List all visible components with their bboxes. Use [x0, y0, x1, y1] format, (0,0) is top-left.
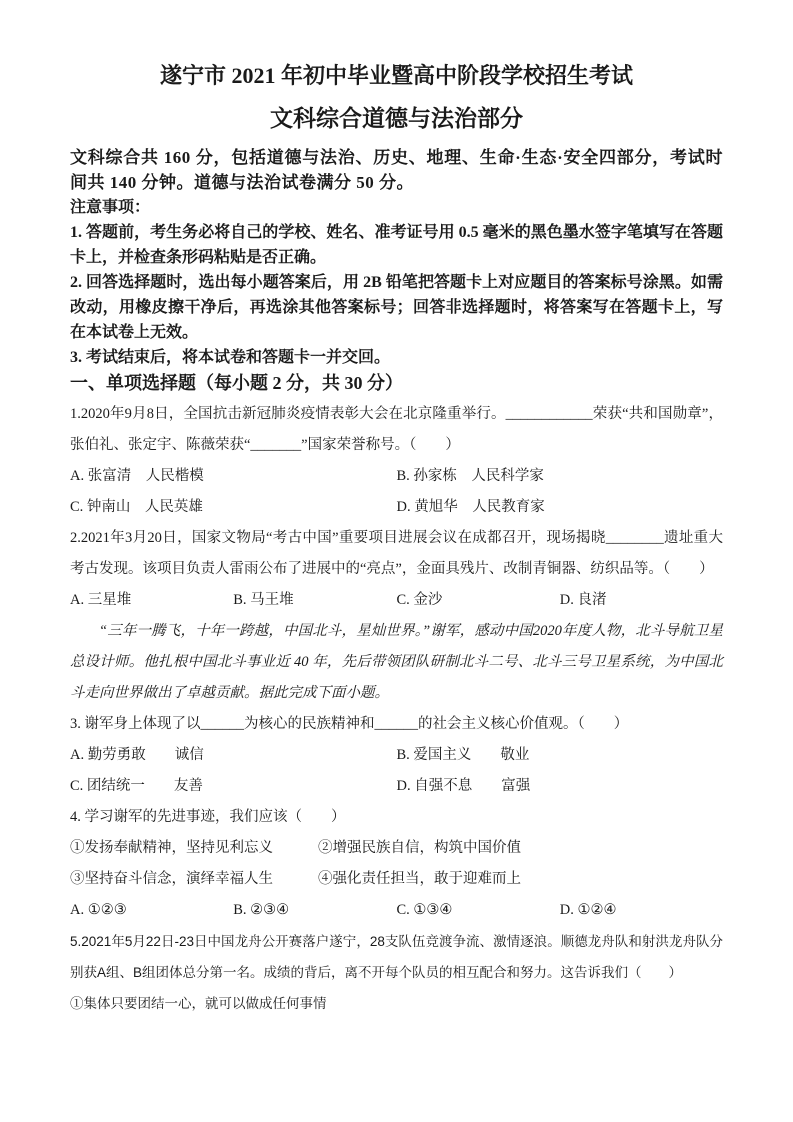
question-4-statement-4: ④强化责任担当，敢于迎难而上	[318, 864, 723, 895]
question-4-statement-2: ②增强民族自信，构筑中国价值	[318, 833, 723, 864]
question-4-option-a: A. ①②③	[70, 895, 233, 926]
question-1-option-d: D. 黄旭华 人民教育家	[397, 492, 724, 523]
question-4-statement-1: ①发扬奉献精神，坚持见利忘义	[70, 833, 318, 864]
question-5: 5.2021年5月22日-23日中国龙舟公开赛落户遂宁，28支队伍竞渡争流、激情…	[70, 926, 723, 1019]
question-3-option-c: C. 团结统一 友善	[70, 771, 397, 802]
question-3: 3. 谢军身上体现了以______为核心的民族精神和______的社会主义核心价…	[70, 709, 723, 802]
question-4-stem: 4. 学习谢军的先进事迹，我们应该（ ）	[70, 802, 723, 833]
question-2-option-d: D. 良渚	[560, 585, 723, 616]
question-4: 4. 学习谢军的先进事迹，我们应该（ ） ①发扬奉献精神，坚持见利忘义 ②增强民…	[70, 802, 723, 926]
question-3-stem: 3. 谢军身上体现了以______为核心的民族精神和______的社会主义核心价…	[70, 709, 723, 740]
question-4-option-c: C. ①③④	[397, 895, 560, 926]
note-1: 1. 答题前，考生务必将自己的学校、姓名、准考证号用 0.5 毫米的黑色墨水签字…	[70, 220, 723, 270]
question-5-stem: 5.2021年5月22日-23日中国龙舟公开赛落户遂宁，28支队伍竞渡争流、激情…	[70, 926, 723, 988]
question-1: 1.2020年9月8日，全国抗击新冠肺炎疫情表彰大会在北京隆重举行。______…	[70, 399, 723, 523]
question-1-stem: 1.2020年9月8日，全国抗击新冠肺炎疫情表彰大会在北京隆重举行。______…	[70, 399, 723, 461]
note-3: 3. 考试结束后，将本试卷和答题卡一并交回。	[70, 345, 723, 370]
question-3-options: A. 勤劳勇敢 诚信 B. 爱国主义 敬业 C. 团结统一 友善 D. 自强不息…	[70, 740, 723, 802]
question-4-option-b: B. ②③④	[233, 895, 396, 926]
question-4-options: A. ①②③ B. ②③④ C. ①③④ D. ①②④	[70, 895, 723, 926]
question-2-options: A. 三星堆 B. 马王堆 C. 金沙 D. 良渚	[70, 585, 723, 616]
question-1-option-a: A. 张富清 人民楷模	[70, 461, 397, 492]
notes-heading: 注意事项：	[70, 195, 723, 220]
question-2-stem: 2.2021年3月20日，国家文物局“考古中国”重要项目进展会议在成都召开，现场…	[70, 523, 723, 585]
section-title-single-choice: 一、单项选择题（每小题 2 分，共 30 分）	[70, 370, 723, 397]
question-1-option-b: B. 孙家栋 人民科学家	[397, 461, 724, 492]
question-3-option-d: D. 自强不息 富强	[397, 771, 724, 802]
question-4-statement-3: ③坚持奋斗信念，演绎幸福人生	[70, 864, 318, 895]
question-1-options: A. 张富清 人民楷模 B. 孙家栋 人民科学家 C. 钟南山 人民英雄 D. …	[70, 461, 723, 523]
exam-intro: 文科综合共 160 分，包括道德与法治、历史、地理、生命·生态·安全四部分，考试…	[70, 145, 723, 195]
note-2: 2. 回答选择题时，选出每小题答案后，用 2B 铅笔把答题卡上对应题目的答案标号…	[70, 270, 723, 345]
question-2-option-c: C. 金沙	[397, 585, 560, 616]
reading-passage-xiejun: “三年一腾飞，十年一跨越，中国北斗，星灿世界。”谢军，感动中国2020年度人物，…	[70, 616, 723, 709]
questions-area: 1.2020年9月8日，全国抗击新冠肺炎疫情表彰大会在北京隆重举行。______…	[70, 399, 723, 1019]
question-2-option-b: B. 马王堆	[233, 585, 396, 616]
question-1-option-c: C. 钟南山 人民英雄	[70, 492, 397, 523]
exam-meta: 文科综合共 160 分，包括道德与法治、历史、地理、生命·生态·安全四部分，考试…	[70, 145, 723, 370]
question-2-option-a: A. 三星堆	[70, 585, 233, 616]
question-5-statement-1: ①集体只要团结一心，就可以做成任何事情	[70, 988, 723, 1019]
exam-title: 遂宁市 2021 年初中毕业暨高中阶段学校招生考试	[70, 62, 723, 90]
question-3-option-b: B. 爱国主义 敬业	[397, 740, 724, 771]
question-2: 2.2021年3月20日，国家文物局“考古中国”重要项目进展会议在成都召开，现场…	[70, 523, 723, 616]
exam-paper-page: 遂宁市 2021 年初中毕业暨高中阶段学校招生考试 文科综合道德与法治部分 文科…	[0, 0, 793, 1122]
question-4-option-d: D. ①②④	[560, 895, 723, 926]
question-3-option-a: A. 勤劳勇敢 诚信	[70, 740, 397, 771]
question-4-statements: ①发扬奉献精神，坚持见利忘义 ②增强民族自信，构筑中国价值 ③坚持奋斗信念，演绎…	[70, 833, 723, 895]
exam-subtitle: 文科综合道德与法治部分	[70, 105, 723, 133]
